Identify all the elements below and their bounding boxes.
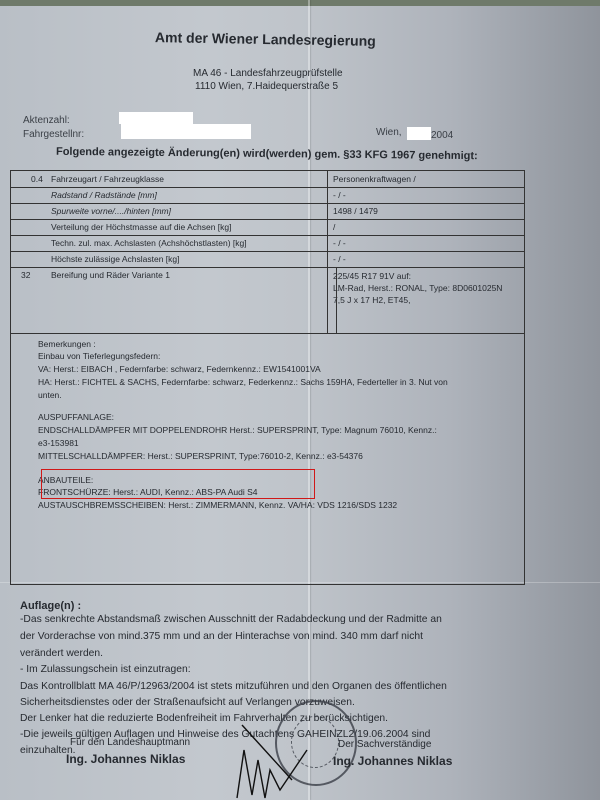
department-address: 1110 Wien, 7.Haidequerstraße 5 xyxy=(195,81,338,92)
department-name: MA 46 - Landesfahrzeugprüfstelle xyxy=(193,68,343,79)
table-row: Radstand / Radstände [mm] - / - xyxy=(11,187,524,204)
table-row: Techn. zul. max. Achslasten (Achshöchstl… xyxy=(11,235,524,252)
table-row: 0.4 Fahrzeugart / Fahrzeugklasse Persone… xyxy=(11,171,524,188)
left-signatory-role: Für den Landeshauptmann xyxy=(70,737,190,748)
background-edge xyxy=(0,0,600,6)
right-signatory-role: Der Sachverständige xyxy=(338,739,431,750)
authority-title: Amt der Wiener Landesregierung xyxy=(155,29,376,49)
redacted-chassis-number xyxy=(121,124,251,139)
table-row: Höchste zulässige Achslasten [kg] - / - xyxy=(11,251,524,268)
redacted-date xyxy=(407,127,431,140)
left-signatory-name: Ing. Johannes Niklas xyxy=(66,752,185,766)
approval-heading: Folgende angezeigte Änderung(en) wird(we… xyxy=(56,146,478,162)
table-row: Verteilung der Höchstmasse auf die Achse… xyxy=(11,219,524,236)
redacted-file-number xyxy=(119,112,193,124)
table-row: Spurweite vorne/..../hinten [mm] 1498 / … xyxy=(11,203,524,220)
chassis-number-label: Fahrgestellnr: xyxy=(23,129,84,140)
year: 2004 xyxy=(431,130,453,141)
place-label: Wien, xyxy=(376,127,402,138)
column-divider-double xyxy=(327,267,337,333)
file-number-label: Aktenzahl: xyxy=(23,115,70,126)
right-signatory-name: Ing. Johannes Niklas xyxy=(333,754,452,768)
highlight-box xyxy=(41,469,315,499)
table-row: 32 Bereifung und Räder Variante 1 225/45… xyxy=(11,267,524,334)
signature-scribble xyxy=(232,720,312,800)
conditions-title: Auflage(n) : xyxy=(20,600,81,612)
